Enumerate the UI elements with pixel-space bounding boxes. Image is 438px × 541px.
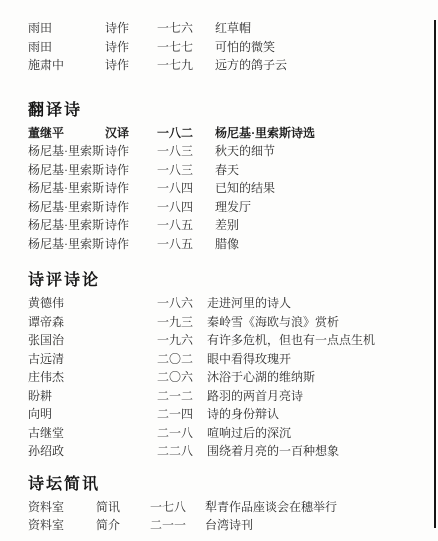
author-cell: 古继堂 xyxy=(28,426,157,440)
title-cell: 红草帽 xyxy=(215,21,438,35)
title-cell: 秋天的细节 xyxy=(215,144,438,158)
title-cell: 远方的鸽子云 xyxy=(215,58,438,72)
toc-page: 雨田 诗作 一七六 红草帽 雨田 诗作 一七七 可怕的微笑 施肃中 诗作 一七九… xyxy=(0,0,438,541)
section-heading: 诗坛简讯 xyxy=(28,475,438,495)
genre-cell: 诗作 xyxy=(105,21,157,35)
page-number-cell: 一七六 xyxy=(157,21,215,35)
genre-cell: 诗作 xyxy=(105,200,157,214)
toc-row: 张国治 一九六 有许多危机，但也有一点点生机 xyxy=(28,331,438,350)
page-number-cell: 二一八 xyxy=(157,426,207,440)
page-number-cell: 一八二 xyxy=(157,126,215,140)
author-cell: 谭帝森 xyxy=(28,315,157,329)
toc-row: 孙绍政 二二八 围绕着月亮的一百种想象 xyxy=(28,442,438,461)
toc-row: 施肃中 诗作 一七九 远方的鸽子云 xyxy=(28,56,438,75)
author-cell: 庄伟杰 xyxy=(28,370,157,384)
title-cell: 春天 xyxy=(215,163,438,177)
title-cell: 走进河里的诗人 xyxy=(207,296,438,310)
toc-row: 杨尼基·里索斯 诗作 一八四 理发厅 xyxy=(28,198,438,217)
page-number-cell: 一八六 xyxy=(157,296,207,310)
toc-row: 古继堂 二一八 喧响过后的深沉 xyxy=(28,424,438,443)
title-cell: 眼中看得玫瑰开 xyxy=(207,352,438,366)
page-number-cell: 一八五 xyxy=(157,237,215,251)
author-cell: 雨田 xyxy=(28,21,105,35)
section-translated-poems: 翻译诗 董继平 汉译 一八二 杨尼基·里索斯诗选 杨尼基·里索斯 诗作 一八三 … xyxy=(28,101,438,254)
title-cell: 可怕的微笑 xyxy=(215,40,438,54)
section-heading: 翻译诗 xyxy=(28,101,438,121)
genre-cell: 诗作 xyxy=(105,40,157,54)
title-cell: 台湾诗刊 xyxy=(205,518,438,532)
page-number-cell: 一九三 xyxy=(157,315,207,329)
toc-row: 杨尼基·里索斯 诗作 一八三 春天 xyxy=(28,161,438,180)
page-number-cell: 一八四 xyxy=(157,181,215,195)
page-number-cell: 一七八 xyxy=(150,500,205,514)
author-cell: 孙绍政 xyxy=(28,444,157,458)
author-cell: 杨尼基·里索斯 xyxy=(28,218,105,232)
genre-cell: 诗作 xyxy=(105,181,157,195)
toc-row: 向明 二一四 诗的身份辩认 xyxy=(28,405,438,424)
title-cell: 路羽的两首月亮诗 xyxy=(207,389,438,403)
toc-row: 杨尼基·里索斯 诗作 一八四 已知的结果 xyxy=(28,179,438,198)
page-number-cell: 二一二 xyxy=(157,389,207,403)
title-cell: 秦岭雪《海欧与浪》赏析 xyxy=(207,315,438,329)
title-cell: 杨尼基·里索斯诗选 xyxy=(215,126,438,140)
page-number-cell: 一七九 xyxy=(157,58,215,72)
title-cell: 已知的结果 xyxy=(215,181,438,195)
author-cell: 雨田 xyxy=(28,40,105,54)
genre-cell: 诗作 xyxy=(105,144,157,158)
page-number-cell: 一八三 xyxy=(157,163,215,177)
toc-row: 盼耕 二一二 路羽的两首月亮诗 xyxy=(28,387,438,406)
page-number-cell: 一八四 xyxy=(157,200,215,214)
author-cell: 杨尼基·里索斯 xyxy=(28,163,105,177)
toc-row: 古远清 二〇二 眼中看得玫瑰开 xyxy=(28,350,438,369)
title-cell: 围绕着月亮的一百种想象 xyxy=(207,444,438,458)
toc-row: 资料室 简介 二一一 台湾诗刊 xyxy=(28,516,438,535)
title-cell: 理发厅 xyxy=(215,200,438,214)
page-number-cell: 一七七 xyxy=(157,40,215,54)
page-number-cell: 一八五 xyxy=(157,218,215,232)
author-cell: 董继平 xyxy=(28,126,105,140)
title-cell: 犁青作品座谈会在穗举行 xyxy=(205,500,438,514)
genre-cell: 汉译 xyxy=(105,126,157,140)
toc-row: 谭帝森 一九三 秦岭雪《海欧与浪》赏析 xyxy=(28,313,438,332)
genre-cell: 诗作 xyxy=(105,218,157,232)
page-number-cell: 二〇六 xyxy=(157,370,207,384)
toc-row: 雨田 诗作 一七七 可怕的微笑 xyxy=(28,38,438,57)
author-cell: 杨尼基·里索斯 xyxy=(28,181,105,195)
page-edge-line xyxy=(434,20,436,528)
section-poems-continued: 雨田 诗作 一七六 红草帽 雨田 诗作 一七七 可怕的微笑 施肃中 诗作 一七九… xyxy=(28,19,438,75)
toc-row: 杨尼基·里索斯 诗作 一八五 差别 xyxy=(28,216,438,235)
title-cell: 差别 xyxy=(215,218,438,232)
author-cell: 资料室 xyxy=(28,500,96,514)
genre-cell: 简介 xyxy=(96,518,150,532)
toc-row: 黄德伟 一八六 走进河里的诗人 xyxy=(28,294,438,313)
author-cell: 施肃中 xyxy=(28,58,105,72)
page-number-cell: 一八三 xyxy=(157,144,215,158)
page-number-cell: 二〇二 xyxy=(157,352,207,366)
page-number-cell: 二一四 xyxy=(157,407,207,421)
author-cell: 盼耕 xyxy=(28,389,157,403)
section-poetry-news: 诗坛简讯 资料室 简讯 一七八 犁青作品座谈会在穗举行 资料室 简介 二一一 台… xyxy=(28,475,438,535)
author-cell: 杨尼基·里索斯 xyxy=(28,144,105,158)
section-poetry-criticism: 诗评诗论 黄德伟 一八六 走进河里的诗人 谭帝森 一九三 秦岭雪《海欧与浪》赏析… xyxy=(28,271,438,461)
genre-cell: 诗作 xyxy=(105,237,157,251)
page-number-cell: 二二八 xyxy=(157,444,207,458)
toc-row: 杨尼基·里索斯 诗作 一八三 秋天的细节 xyxy=(28,142,438,161)
author-cell: 古远清 xyxy=(28,352,157,366)
author-cell: 杨尼基·里索斯 xyxy=(28,200,105,214)
toc-row: 资料室 简讯 一七八 犁青作品座谈会在穗举行 xyxy=(28,498,438,517)
author-cell: 张国治 xyxy=(28,333,157,347)
page-number-cell: 一九六 xyxy=(157,333,207,347)
title-cell: 喧响过后的深沉 xyxy=(207,426,438,440)
author-cell: 资料室 xyxy=(28,518,96,532)
page-number-cell: 二一一 xyxy=(150,518,205,532)
title-cell: 有许多危机，但也有一点点生机 xyxy=(207,333,438,347)
toc-row: 雨田 诗作 一七六 红草帽 xyxy=(28,19,438,38)
toc-row: 董继平 汉译 一八二 杨尼基·里索斯诗选 xyxy=(28,124,438,143)
genre-cell: 诗作 xyxy=(105,163,157,177)
title-cell: 腊像 xyxy=(215,237,438,251)
author-cell: 向明 xyxy=(28,407,157,421)
section-heading: 诗评诗论 xyxy=(28,271,438,291)
author-cell: 黄德伟 xyxy=(28,296,157,310)
genre-cell: 诗作 xyxy=(105,58,157,72)
title-cell: 沐浴于心湖的维纳斯 xyxy=(207,370,438,384)
toc-row: 庄伟杰 二〇六 沐浴于心湖的维纳斯 xyxy=(28,368,438,387)
toc-row: 杨尼基·里索斯 诗作 一八五 腊像 xyxy=(28,235,438,254)
title-cell: 诗的身份辩认 xyxy=(207,407,438,421)
author-cell: 杨尼基·里索斯 xyxy=(28,237,105,251)
genre-cell: 简讯 xyxy=(96,500,150,514)
